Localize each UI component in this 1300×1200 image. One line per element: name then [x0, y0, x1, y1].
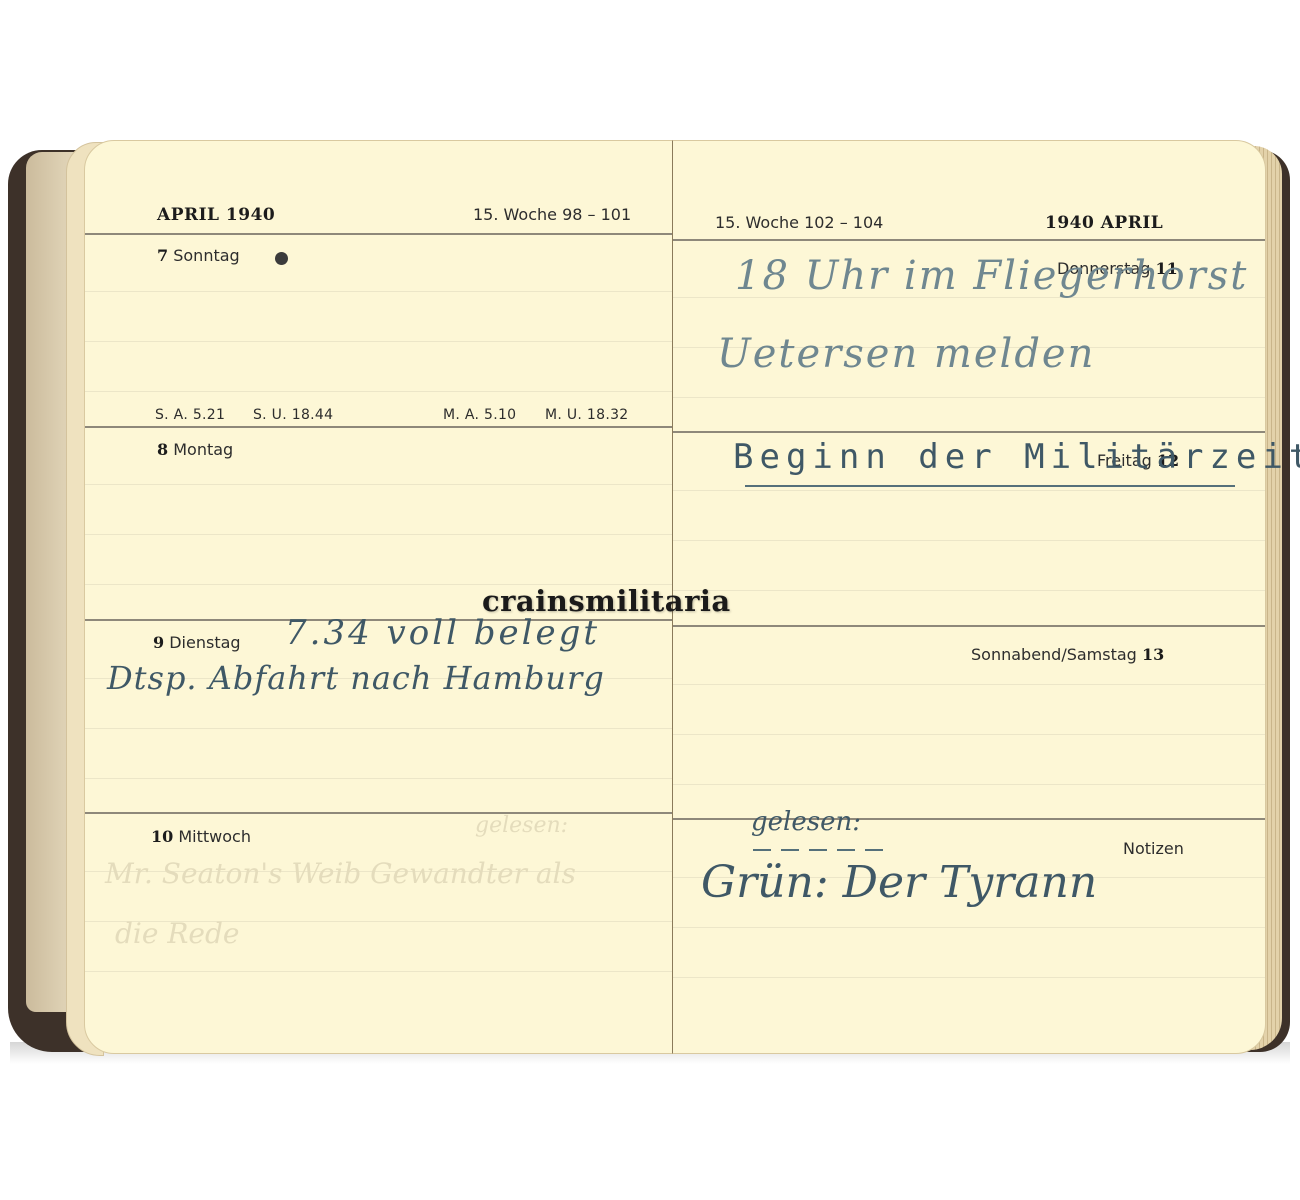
ruled-line [673, 734, 1265, 735]
handwritten-entry-thursday-2: Uetersen melden [717, 331, 1095, 377]
ruled-line [673, 684, 1265, 685]
moonset: M. U. 18.32 [545, 407, 629, 423]
ruled-line [85, 728, 673, 729]
ruled-line [673, 977, 1265, 978]
ruled-line [85, 971, 673, 972]
ruled-line [85, 391, 673, 392]
moon-phase-icon [275, 252, 288, 265]
day-divider [673, 431, 1265, 433]
bleed-through-text: die Rede [115, 917, 240, 950]
ruled-line [85, 291, 673, 292]
day-9-label: 9 Dienstag [153, 633, 241, 652]
handwritten-notes-text: Grün: Der Tyrann [701, 857, 1097, 908]
week-info: 15. Woche 102 – 104 [715, 213, 883, 232]
ruled-line [673, 540, 1265, 541]
ruled-line [85, 341, 673, 342]
right-page: 15. Woche 102 – 104 1940 APRIL Donnersta… [672, 140, 1266, 1054]
handwritten-underline [745, 485, 1235, 487]
ruled-line [85, 534, 673, 535]
ruled-line [673, 490, 1265, 491]
ruled-line [673, 590, 1265, 591]
month-year-heading: 1940 APRIL [1045, 213, 1163, 233]
ruled-line [673, 784, 1265, 785]
handwritten-notes-label: gelesen: [751, 807, 861, 837]
day-8-label: 8 Montag [157, 440, 233, 459]
ruled-line [673, 397, 1265, 398]
handwritten-entry-friday: Beginn der Militärzeit [733, 437, 1300, 477]
day-13-label: Sonnabend/Samstag 13 [971, 645, 1164, 664]
sunrise: S. A. 5.21 [155, 407, 225, 423]
sunset: S. U. 18.44 [253, 407, 333, 423]
day-divider [85, 812, 673, 814]
handwritten-entry-tuesday-1: 7.34 voll belegt [285, 613, 600, 653]
day-7-label: 7 Sonntag [157, 246, 240, 265]
month-year-heading: APRIL 1940 [157, 205, 275, 225]
moonrise: M. A. 5.10 [443, 407, 516, 423]
week-info: 15. Woche 98 – 101 [473, 205, 631, 224]
notes-label: Notizen [1123, 839, 1184, 858]
handwritten-entry-tuesday-2: Dtsp. Abfahrt nach Hamburg [107, 659, 605, 697]
day-10-label: 10 Mittwoch [151, 827, 251, 846]
ruled-line [85, 778, 673, 779]
handwritten-dashed-underline [753, 849, 883, 851]
day-divider [85, 426, 673, 428]
watermark: crainsmilitaria [482, 584, 731, 618]
ruled-line [85, 484, 673, 485]
header-rule [85, 233, 673, 235]
ruled-line [673, 927, 1265, 928]
day-divider [673, 625, 1265, 627]
header-rule [673, 239, 1265, 241]
handwritten-entry-thursday-1: 18 Uhr im Fliegerhorst [735, 253, 1248, 299]
bleed-through-text: gelesen: [475, 813, 568, 838]
bleed-through-text: Mr. Seaton's Weib Gewandter als [105, 857, 576, 890]
